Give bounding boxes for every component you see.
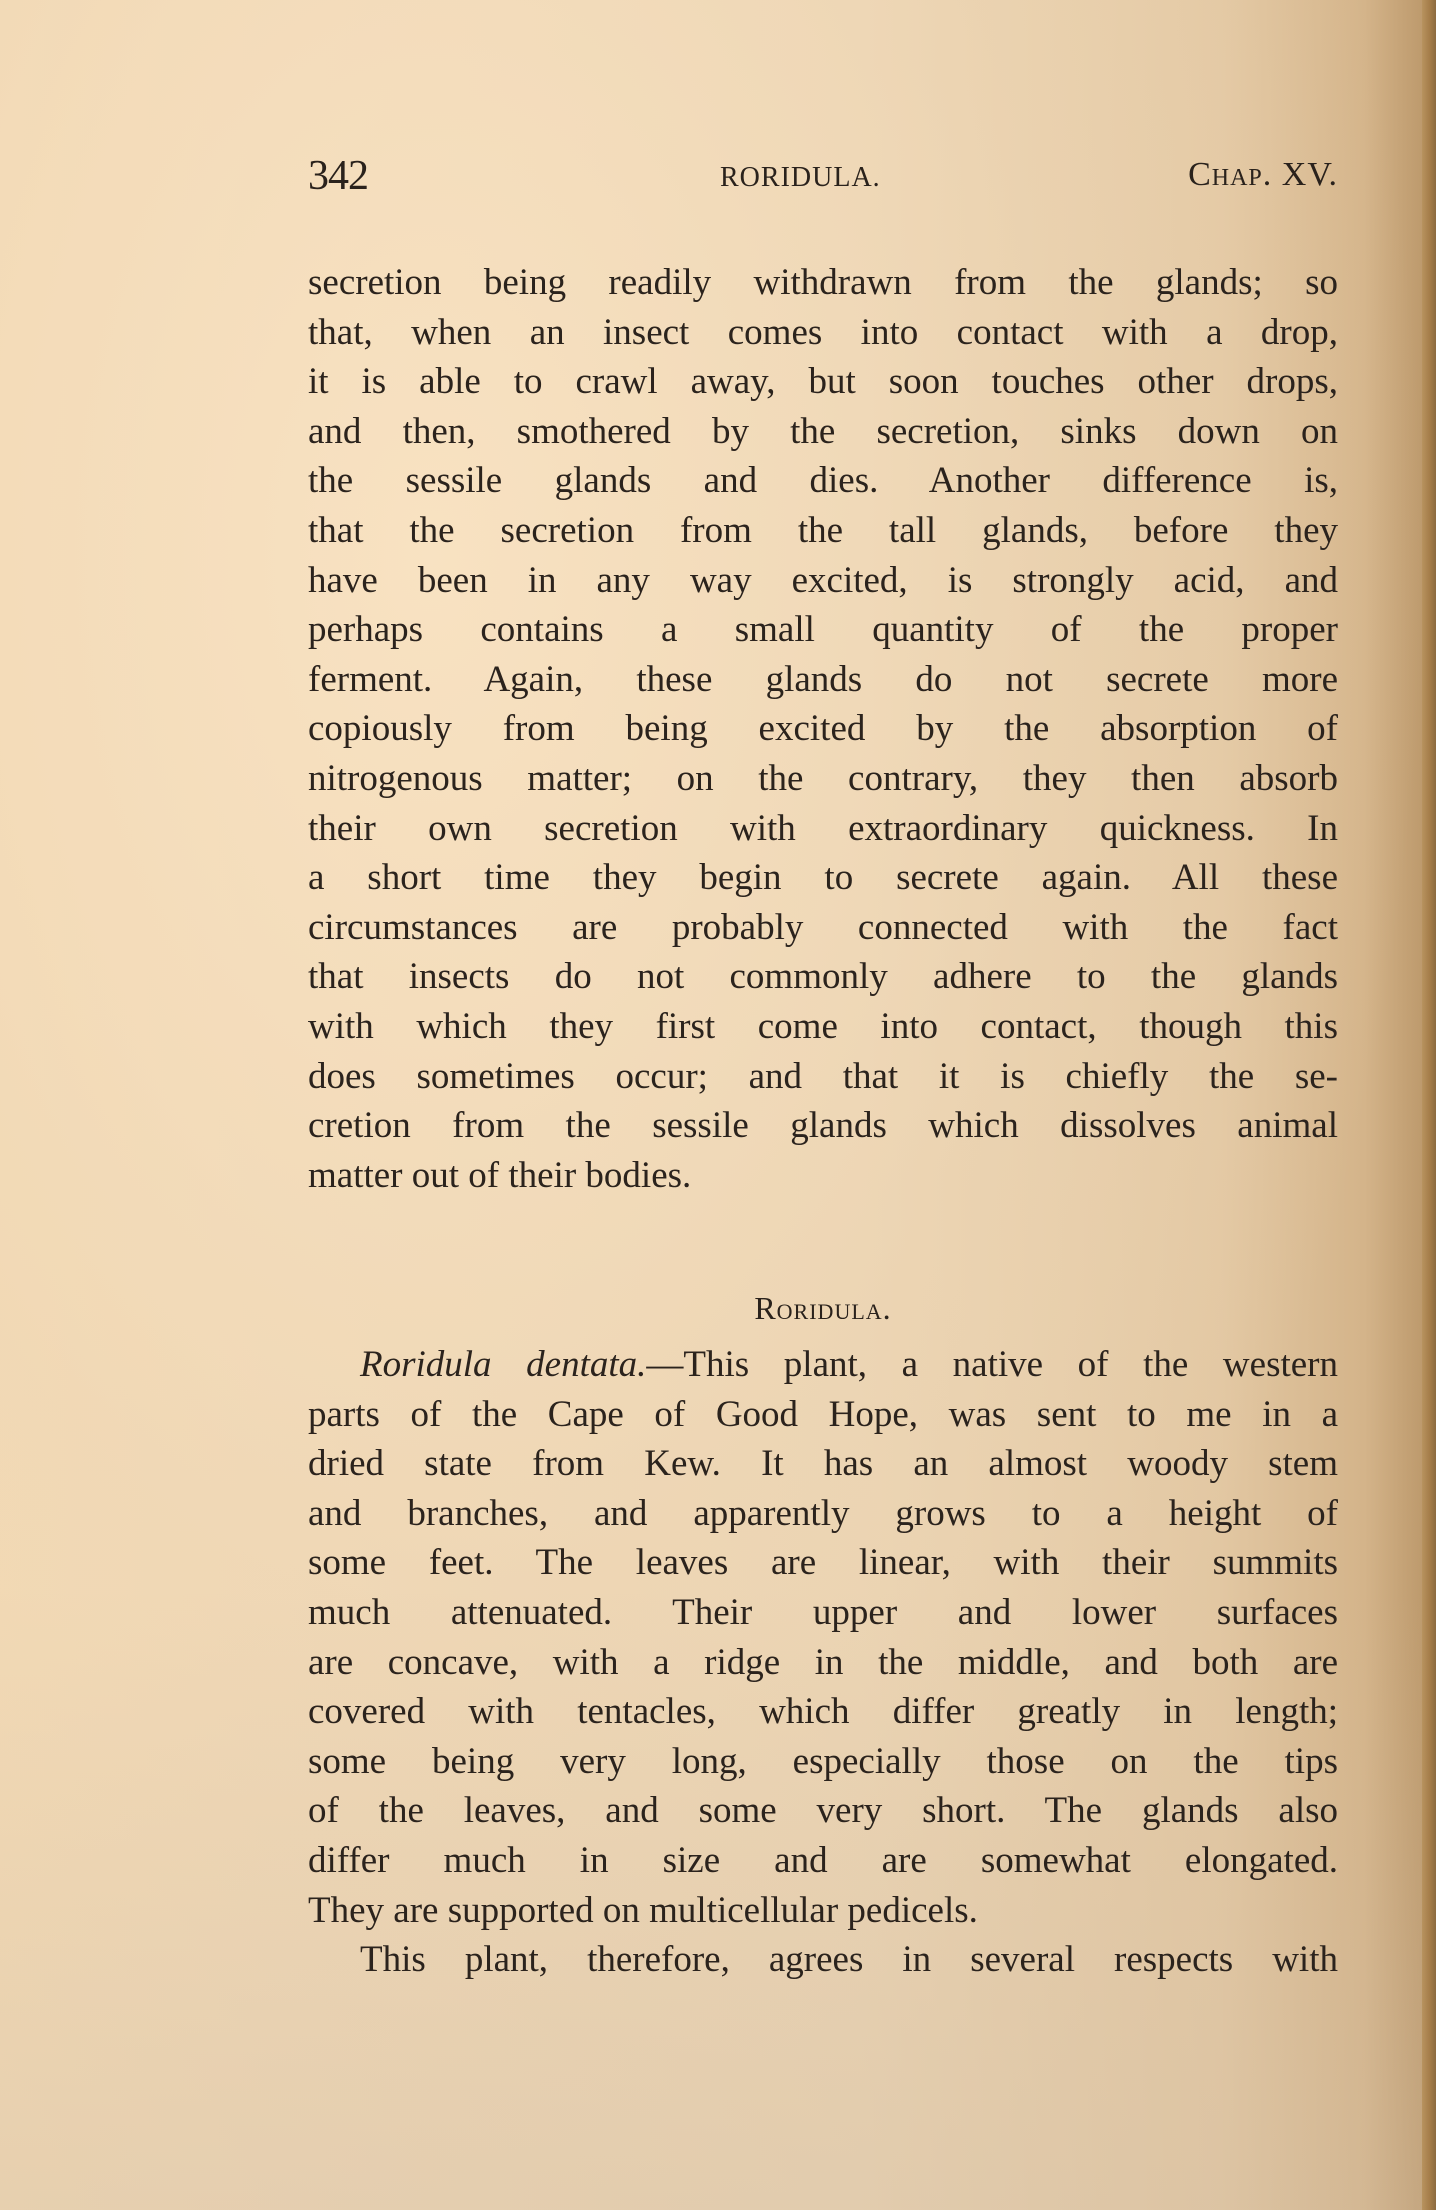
text-line: copiously from being excited by the abso… (308, 704, 1338, 754)
text-line-first: Roridula dentata.—This plant, a native o… (308, 1340, 1338, 1390)
text-line: the sessile glands and dies. Another dif… (308, 456, 1338, 506)
text-line: ferment. Again, these glands do not secr… (308, 655, 1338, 705)
text-line: perhaps contains a small quantity of the… (308, 605, 1338, 655)
text-line: matter out of their bodies. (308, 1151, 1338, 1201)
text-line: that, when an insect comes into contact … (308, 308, 1338, 358)
text-line: differ much in size and are somewhat elo… (308, 1836, 1338, 1886)
text-line: This plant, therefore, agrees in several… (308, 1935, 1338, 1985)
text-line: that the secretion from the tall glands,… (308, 506, 1338, 556)
chapter-label: Chap. XV. (1188, 156, 1338, 194)
text-line: circumstances are probably connected wit… (308, 903, 1338, 953)
text-line: secretion being readily withdrawn from t… (308, 258, 1338, 308)
text-line: They are supported on multicellular pedi… (308, 1886, 1338, 1936)
text-line: have been in any way excited, is strongl… (308, 556, 1338, 606)
text-line: of the leaves, and some very short. The … (308, 1786, 1338, 1836)
text-line: a short time they begin to secrete again… (308, 853, 1338, 903)
text-line: are concave, with a ridge in the middle,… (308, 1638, 1338, 1688)
section-heading: Roridula. (308, 1290, 1338, 1327)
running-head-title: RORIDULA. (720, 162, 881, 194)
text-line: that insects do not commonly adhere to t… (308, 952, 1338, 1002)
text-line: and branches, and apparently grows to a … (308, 1489, 1338, 1539)
text-line: cretion from the sessile glands which di… (308, 1101, 1338, 1151)
text-line: dried state from Kew. It has an almost w… (308, 1439, 1338, 1489)
first-line-rest: —This plant, a native of the western (646, 1344, 1338, 1385)
text-line: and then, smothered by the secretion, si… (308, 407, 1338, 457)
text-line: their own secretion with extraordinary q… (308, 804, 1338, 854)
text-line: parts of the Cape of Good Hope, was sent… (308, 1390, 1338, 1440)
running-head: 342 RORIDULA. Chap. XV. (308, 152, 1338, 212)
page-edge-shadow (1422, 0, 1436, 2210)
text-line: nitrogenous matter; on the contrary, the… (308, 754, 1338, 804)
text-line: covered with tentacles, which differ gre… (308, 1687, 1338, 1737)
species-name: Roridula dentata. (360, 1344, 646, 1385)
continued-paragraph: secretion being readily withdrawn from t… (308, 258, 1338, 1200)
text-line: much attenuated. Their upper and lower s… (308, 1588, 1338, 1638)
text-line: some feet. The leaves are linear, with t… (308, 1538, 1338, 1588)
roridula-paragraph: Roridula dentata.—This plant, a native o… (308, 1340, 1338, 1985)
text-line: some being very long, especially those o… (308, 1737, 1338, 1787)
text-line: with which they first come into contact,… (308, 1002, 1338, 1052)
page-number: 342 (308, 152, 368, 200)
text-line: it is able to crawl away, but soon touch… (308, 357, 1338, 407)
text-line: does sometimes occur; and that it is chi… (308, 1052, 1338, 1102)
